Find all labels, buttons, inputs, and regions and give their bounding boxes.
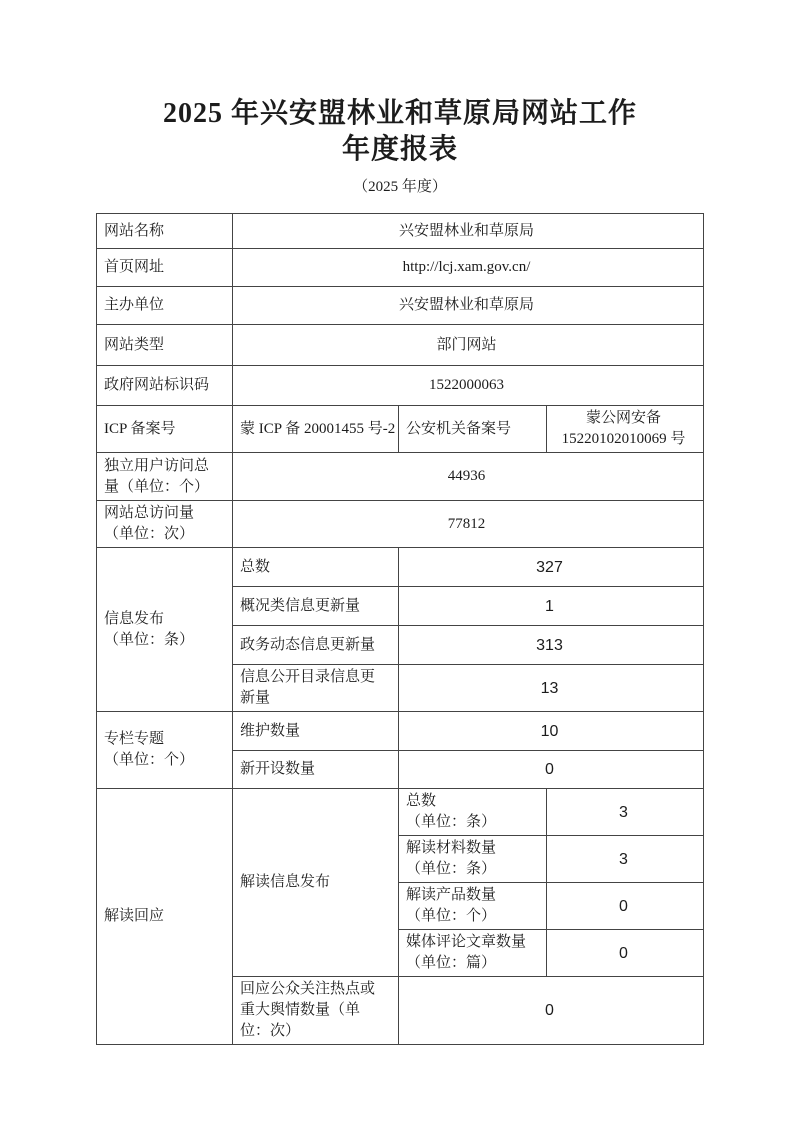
report-page: 2025 年兴安盟林业和草原局网站工作 年度报表 （2025 年度） 网站名称 … xyxy=(0,0,800,1131)
special-columns-item-value: 0 xyxy=(398,751,703,789)
interpretation-publish-label: 解读信息发布 xyxy=(232,789,398,977)
interpretation-item-label: 解读材料数量 （单位：条） xyxy=(398,836,546,883)
info-publish-unit: （单位：条） xyxy=(104,630,222,651)
interpretation-item-label-text: 解读产品数量 xyxy=(406,885,536,906)
row-total-visits: 网站总访问量（单位：次） 77812 xyxy=(96,501,703,548)
row-organizer: 主办单位 兴安盟林业和草原局 xyxy=(96,287,703,325)
info-publish-item-label: 信息公开目录信息更新量 xyxy=(232,665,398,712)
icp-value: 蒙 ICP 备 20001455 号-2 xyxy=(232,406,398,453)
info-publish-section-label: 信息发布 （单位：条） xyxy=(96,548,232,712)
interpretation-item-unit: （单位：条） xyxy=(406,812,536,833)
annual-report-table: 网站名称 兴安盟林业和草原局 首页网址 http://lcj.xam.gov.c… xyxy=(96,213,704,1045)
special-columns-item-label: 维护数量 xyxy=(232,712,398,751)
organizer-value: 兴安盟林业和草原局 xyxy=(232,287,703,325)
special-columns-item-label: 新开设数量 xyxy=(232,751,398,789)
info-publish-item-label: 总数 xyxy=(232,548,398,587)
row-unique-visitors: 独立用户访问总量（单位：个） 44936 xyxy=(96,453,703,501)
interpretation-item-value: 3 xyxy=(546,836,703,883)
info-publish-item-value: 13 xyxy=(398,665,703,712)
interpretation-item-unit: （单位：条） xyxy=(406,859,536,880)
interpretation-item-label: 解读产品数量 （单位：个） xyxy=(398,883,546,930)
interpretation-item-value: 3 xyxy=(546,789,703,836)
row-info-publish-total: 信息发布 （单位：条） 总数 327 xyxy=(96,548,703,587)
row-home-url: 首页网址 http://lcj.xam.gov.cn/ xyxy=(96,249,703,287)
row-site-id: 政府网站标识码 1522000063 xyxy=(96,366,703,406)
row-icp: ICP 备案号 蒙 ICP 备 20001455 号-2 公安机关备案号 蒙公网… xyxy=(96,406,703,453)
title-line2: 年度报表 xyxy=(40,132,760,168)
info-publish-label: 信息发布 xyxy=(104,609,222,630)
organizer-label: 主办单位 xyxy=(96,287,232,325)
special-columns-section-label: 专栏专题 （单位：个） xyxy=(96,712,232,789)
special-columns-label: 专栏专题 xyxy=(104,729,222,750)
interpretation-item-unit: （单位：篇） xyxy=(406,953,536,974)
info-publish-item-value: 1 xyxy=(398,587,703,626)
site-type-value: 部门网站 xyxy=(232,325,703,366)
interpretation-item-label-text: 解读材料数量 xyxy=(406,838,536,859)
site-name-value: 兴安盟林业和草原局 xyxy=(232,214,703,249)
site-type-label: 网站类型 xyxy=(96,325,232,366)
interpretation-item-value: 0 xyxy=(546,930,703,977)
site-name-label: 网站名称 xyxy=(96,214,232,249)
site-id-label: 政府网站标识码 xyxy=(96,366,232,406)
row-interpretation-total: 解读回应 解读信息发布 总数 （单位：条） 3 xyxy=(96,789,703,836)
title-line1: 2025 年兴安盟林业和草原局网站工作 xyxy=(40,96,760,132)
interpretation-item-label: 媒体评论文章数量 （单位：篇） xyxy=(398,930,546,977)
page-subtitle: （2025 年度） xyxy=(0,178,800,197)
info-publish-item-value: 327 xyxy=(398,548,703,587)
security-filing-value: 蒙公网安备 15220102010069 号 xyxy=(546,406,703,453)
info-publish-item-label: 政务动态信息更新量 xyxy=(232,626,398,665)
row-special-columns-maintained: 专栏专题 （单位：个） 维护数量 10 xyxy=(96,712,703,751)
interpretation-item-unit: （单位：个） xyxy=(406,906,536,927)
row-site-type: 网站类型 部门网站 xyxy=(96,325,703,366)
info-publish-item-label: 概况类信息更新量 xyxy=(232,587,398,626)
interpretation-item-value: 0 xyxy=(546,883,703,930)
site-id-value: 1522000063 xyxy=(232,366,703,406)
special-columns-item-value: 10 xyxy=(398,712,703,751)
interpretation-section-label: 解读回应 xyxy=(96,789,232,1045)
security-filing-value-line2: 15220102010069 号 xyxy=(554,429,693,450)
row-site-name: 网站名称 兴安盟林业和草原局 xyxy=(96,214,703,249)
unique-visitors-value: 44936 xyxy=(232,453,703,501)
interpretation-item-label-text: 总数 xyxy=(406,791,536,812)
total-visits-label: 网站总访问量（单位：次） xyxy=(96,501,232,548)
hotspot-response-value: 0 xyxy=(398,977,703,1045)
page-title: 2025 年兴安盟林业和草原局网站工作 年度报表 xyxy=(40,96,760,168)
total-visits-value: 77812 xyxy=(232,501,703,548)
hotspot-response-label: 回应公众关注热点或重大舆情数量（单位：次） xyxy=(232,977,398,1045)
interpretation-item-label: 总数 （单位：条） xyxy=(398,789,546,836)
security-filing-label: 公安机关备案号 xyxy=(398,406,546,453)
special-columns-unit: （单位：个） xyxy=(104,750,222,771)
unique-visitors-label: 独立用户访问总量（单位：个） xyxy=(96,453,232,501)
icp-label: ICP 备案号 xyxy=(96,406,232,453)
home-url-value: http://lcj.xam.gov.cn/ xyxy=(232,249,703,287)
interpretation-item-label-text: 媒体评论文章数量 xyxy=(406,932,536,953)
security-filing-value-line1: 蒙公网安备 xyxy=(554,408,693,429)
home-url-label: 首页网址 xyxy=(96,249,232,287)
info-publish-item-value: 313 xyxy=(398,626,703,665)
